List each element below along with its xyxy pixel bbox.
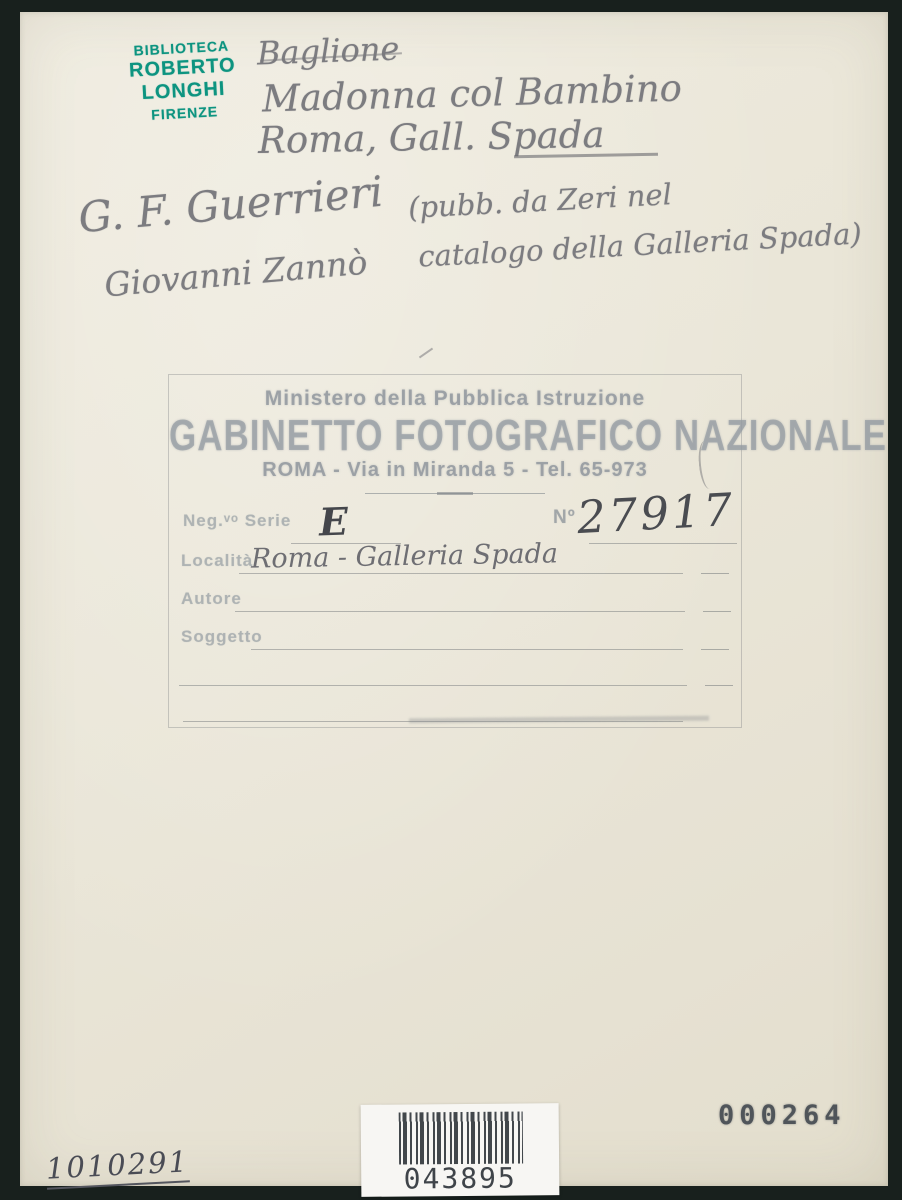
library-stamp-line2: ROBERTO LONGHI <box>97 53 269 108</box>
ink-smudge <box>409 716 709 724</box>
field-line-number <box>589 543 737 544</box>
field-dash-autore <box>703 611 731 612</box>
field-value-number: 27917 <box>576 483 737 544</box>
barcode-icon <box>399 1111 523 1164</box>
field-value-serie: E <box>318 499 349 545</box>
institution-stamp-title: GABINETTO FOTOGRAFICO NAZIONALE <box>169 411 741 461</box>
field-label-soggetto: Soggetto <box>181 627 263 647</box>
handwritten-secondary-name: Giovanni Zannò <box>103 243 369 305</box>
institution-stamp-header: Ministero della Pubblica Istruzione <box>169 387 741 411</box>
handwritten-note-line1: (pubb. da Zeri nel <box>407 177 672 225</box>
blank-line-1 <box>179 685 687 686</box>
field-dash-localita <box>701 573 729 574</box>
handwritten-title: Madonna col Bambino <box>262 67 683 121</box>
pencil-tick-mark <box>419 348 433 359</box>
field-line-autore <box>235 611 685 612</box>
institution-stamp-box: Ministero della Pubblica Istruzione GABI… <box>168 374 742 728</box>
barcode-label: 043895 <box>361 1103 560 1197</box>
field-label-number: Nº <box>553 507 576 529</box>
blank-dash-1 <box>705 685 733 686</box>
handwritten-attribution: G. F. Guerrieri <box>76 167 385 242</box>
photo-verso-scan: BIBLIOTECA ROBERTO LONGHI FIRENZE Baglio… <box>0 0 902 1200</box>
stamped-serial-number: 000264 <box>718 1100 846 1131</box>
handwritten-inventory-number: 1010291 <box>45 1144 190 1189</box>
field-label-serie: Neg.ᵛᵒ Serie <box>183 511 291 531</box>
field-label-autore: Autore <box>181 589 242 609</box>
field-line-soggetto <box>251 649 683 650</box>
field-label-localita: Località <box>181 551 253 571</box>
field-dash-soggetto <box>701 649 729 650</box>
stamp-divider-ornament <box>365 493 545 494</box>
barcode-number: 043895 <box>361 1161 559 1196</box>
institution-stamp-address: ROMA - Via in Miranda 5 - Tel. 65-973 <box>169 459 741 482</box>
photo-card-back: BIBLIOTECA ROBERTO LONGHI FIRENZE Baglio… <box>20 12 888 1186</box>
handwritten-artist-struck: Baglione <box>256 30 400 73</box>
handwritten-note-line2: catalogo della Galleria Spada) <box>417 216 862 273</box>
field-value-localita: Roma - Galleria Spada <box>251 538 558 574</box>
library-stamp: BIBLIOTECA ROBERTO LONGHI FIRENZE <box>96 36 270 126</box>
